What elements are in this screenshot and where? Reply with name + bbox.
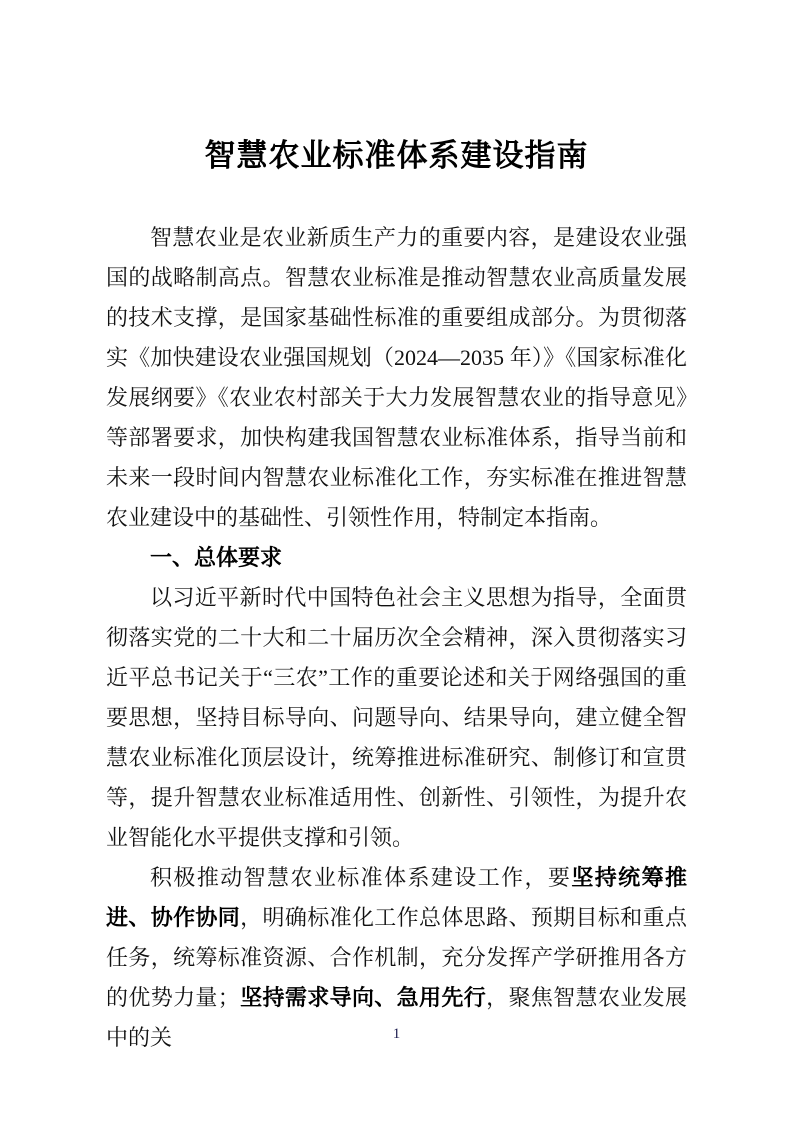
principles-run-3-bold: 坚持需求导向、急用先行 (240, 985, 486, 1010)
document-page: 智慧农业标准体系建设指南 智慧农业是农业新质生产力的重要内容，是建设农业强国的战… (0, 0, 793, 1122)
intro-text-run: 智慧农业是农业新质生产力的重要内容，是建设农业强国的战略制高点。智慧农业标准是推… (106, 225, 687, 530)
principles-run-0: 积极推动智慧农业标准体系建设工作，要 (150, 865, 571, 890)
paragraph-guiding-ideology: 以习近平新时代中国特色社会主义思想为指导，全面贯彻落实党的二十大和二十届历次全会… (106, 578, 687, 858)
document-title: 智慧农业标准体系建设指南 (0, 136, 793, 176)
page-number: 1 (0, 1024, 793, 1044)
paragraph-intro: 智慧农业是农业新质生产力的重要内容，是建设农业强国的战略制高点。智慧农业标准是推… (106, 218, 687, 538)
guiding-text-run: 以习近平新时代中国特色社会主义思想为指导，全面贯彻落实党的二十大和二十届历次全会… (106, 585, 687, 850)
document-body: 智慧农业是农业新质生产力的重要内容，是建设农业强国的战略制高点。智慧农业标准是推… (106, 218, 687, 1058)
section-heading-general-requirements: 一、总体要求 (106, 538, 687, 578)
